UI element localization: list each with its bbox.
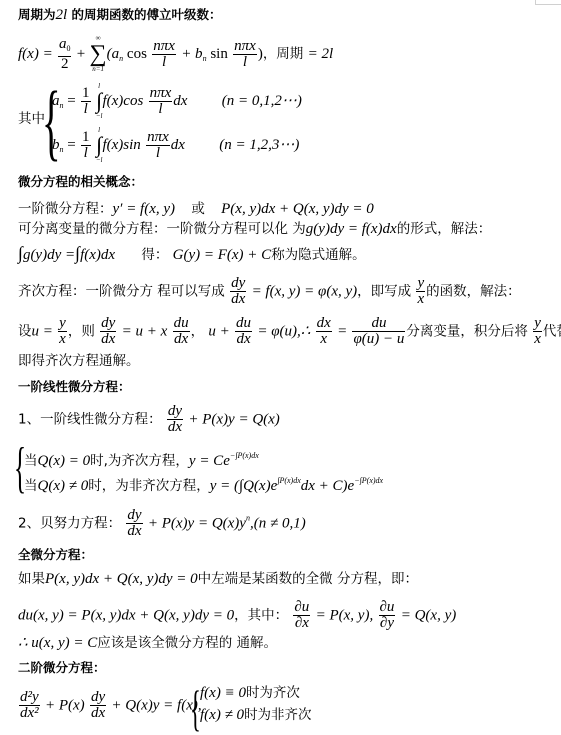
linear-case-homogeneous: 当Q(x) = 0时,为齐次方程，y = Ce−∫P(x)dx (24, 447, 259, 470)
frac-num: du (173, 316, 190, 332)
formula-text: y = Ce (189, 453, 230, 469)
formula-text: = u + x (122, 324, 168, 340)
formula-text: dx + C)e (301, 478, 354, 494)
frac-num: nπx (146, 130, 170, 146)
fourier-formula: f(x) = a02 + ∞∑n=1(an cos nπxl + bn sin … (18, 34, 333, 74)
formula-text: dx (173, 93, 187, 109)
frac-num: ∂u (293, 600, 310, 616)
formula-text: = Q(x, y) (401, 608, 457, 624)
frac-den: φ(u) − u (352, 332, 405, 347)
formula-text: = (337, 324, 347, 340)
frac-den: dx² (19, 706, 40, 721)
label-text: 的形式，解法： (397, 221, 492, 237)
heading-concepts: 微分方程的相关概念： (18, 173, 143, 191)
heading-linear: 一阶线性微分方程： (18, 378, 131, 396)
formula-text: = P(x, y), (316, 608, 374, 624)
formula-text: Q(x) = 0 (38, 453, 91, 469)
formula-text: b (52, 137, 60, 153)
label-text: 1、一阶线性微分方程： (18, 412, 162, 428)
formula-text: g(y)dy = (23, 247, 75, 263)
formula-text: G(y) = F(x) + C (173, 247, 272, 263)
heading-exact: 全微分方程： (18, 546, 93, 564)
frac-den: x (416, 292, 425, 307)
label-text: 时为非齐次 (244, 707, 312, 723)
frac-den: dx (100, 332, 116, 347)
formula-text: = (64, 93, 76, 109)
coefficient-b: bn = 1l l∫−lf(x)sin nπxldx (n = 1,2,3⋯) (52, 126, 299, 164)
separable-solution-line: ∫g(y)dy =∫f(x)dx 得： G(y) = F(x) + C称为隐式通… (18, 244, 366, 264)
frac-num: du (352, 316, 405, 332)
formula-text: = 2l (308, 46, 334, 62)
label-text: ，则 (68, 324, 95, 340)
frac-num: nπx (233, 39, 257, 55)
formula-text: y = (∫Q(x)e (210, 478, 278, 494)
second-order-case-1: f(x) ≡ 0时为齐次 (200, 684, 300, 702)
formula-text: u + (208, 324, 229, 340)
label-text: 中左端是某函数的全微 分方程，即： (198, 571, 418, 587)
summation-symbol: ∞∑n=1 (90, 34, 107, 74)
formula-text: (n = 0,1,2⋯) (222, 93, 302, 109)
fraction-npix-over-l: nπxl (146, 130, 170, 161)
fraction-y-x: yx (416, 276, 425, 307)
where-label: 其中 (18, 110, 45, 128)
fraction-y-x: yx (533, 316, 542, 347)
frac-den: dx (126, 524, 142, 539)
fraction-dy-dx: dydx (230, 276, 246, 307)
fraction-a0-over-2: a02 (58, 37, 72, 72)
formula-text: f(x) ≡ 0 (200, 685, 246, 701)
frac-den: l (149, 102, 173, 117)
frac-den: dx (235, 332, 252, 347)
formula-text: + (77, 46, 85, 62)
formula-text: f(x)dx (80, 247, 115, 263)
frac-num: 1 (81, 130, 91, 146)
exponent: −∫P(x)dx (230, 451, 259, 460)
frac-den: l (81, 102, 91, 117)
label-text: 设 (18, 324, 32, 340)
fraction-y-x: yx (58, 316, 67, 347)
frac-num: y (58, 316, 67, 332)
label-text: 或 (191, 201, 205, 217)
fraction-du-dx-partial: ∂u∂x (293, 600, 310, 631)
label-text: 称为隐式通解。 (271, 247, 366, 263)
label-text: 当 (24, 478, 38, 494)
fraction-dy-dx: dydx (100, 316, 116, 347)
exponent: −∫P(x)dx (354, 476, 383, 485)
fraction-du-dx: dudx (235, 316, 252, 347)
fraction-1-over-l: 1l (81, 130, 91, 161)
formula-text: + Q(x)y = f(x), (111, 698, 201, 714)
frac-den: l (233, 55, 257, 70)
substitution-line: 设u = yx，则 dydx = u + x dudx， u + dudx = … (18, 316, 561, 347)
formula-text: + P(x)y = Q(x) (188, 412, 279, 428)
formula-text: (a (107, 46, 120, 62)
label-text: 可分离变量的微分方程：一阶微分方程可以化 为 (18, 221, 306, 237)
frac-num: dy (100, 316, 116, 332)
heading-fourier: 周期为2l 的周期函数的傅立叶级数： (18, 6, 222, 24)
label-text: 分离变量，积分后将 (406, 324, 528, 340)
exact-line-1: 如果P(x, y)dx + Q(x, y)dy = 0中左端是某函数的全微 分方… (18, 570, 418, 588)
formula-text: f(x) ≠ 0 (200, 707, 244, 723)
fraction-dy-dx: dydx (126, 508, 142, 539)
fraction-du-dx: dudx (173, 316, 190, 347)
formula-text: dx (171, 137, 185, 153)
label-text: ， (191, 324, 205, 340)
frac-den: 2 (58, 57, 72, 72)
formula-text: + b (181, 46, 202, 62)
exact-line-3: ∴ u(x, y) = C应该是该全微分方程的 通解。 (18, 634, 277, 652)
formula-text: + P(x)y = Q(x)y (148, 516, 246, 532)
label-text: ，即写成 (357, 284, 411, 300)
formula-text: du(x, y) = P(x, y)dx + Q(x, y)dy = 0 (18, 608, 234, 624)
frac-num: du (235, 316, 252, 332)
formula-text: f(x)cos (102, 93, 143, 109)
label-text: 当 (24, 453, 38, 469)
separable-line: 可分离变量的微分方程：一阶微分方程可以化 为g(y)dy = f(x)dx的形式… (18, 220, 491, 238)
frac-den: ∂y (379, 616, 396, 631)
label-text: 齐次方程：一阶微分方 程可以写成 (18, 284, 225, 300)
fraction-d2y-dx2: d²ydx² (19, 690, 40, 721)
frac-den: x (533, 332, 542, 347)
fraction-npix-over-l: nπxl (152, 39, 176, 70)
formula-text: g(y)dy = f(x)dx (306, 221, 397, 237)
formula-text: ，周期 (263, 46, 304, 62)
label-text: 代替 (543, 324, 561, 340)
fraction-dy-dx: dydx (90, 690, 106, 721)
heading-second-order: 二阶微分方程： (18, 659, 106, 677)
fraction-1-over-l: 1l (81, 86, 91, 117)
formula-text: = φ(u),∴ (257, 324, 310, 340)
formula-text: a (52, 93, 60, 109)
formula-text: f(x) = (18, 46, 53, 62)
label-text: 时，为非齐次方程， (88, 478, 210, 494)
first-order-line: 一阶微分方程：y′ = f(x, y) 或 P(x, y)dx + Q(x, y… (18, 200, 374, 218)
formula-text: u = (32, 324, 53, 340)
exact-line-2: du(x, y) = P(x, y)dx + Q(x, y)dy = 0，其中：… (18, 600, 456, 631)
exponent: ∫P(x)dx (277, 476, 301, 485)
formula-text: P(x, y)dx + Q(x, y)dy = 0 (221, 201, 374, 217)
label-text: 的函数，解法： (426, 284, 521, 300)
formula-text: Q(x) ≠ 0 (38, 478, 89, 494)
frac-den: ∂x (293, 616, 310, 631)
formula-text: cos (123, 46, 147, 62)
int-lower: −l (96, 156, 103, 164)
frac-num: dy (126, 508, 142, 524)
homogeneous-final: 即得齐次方程通解。 (18, 352, 140, 370)
fraction-du-over-phi: duφ(u) − u (352, 316, 405, 347)
linear-item-2: 2、贝努力方程： dydx + P(x)y = Q(x)yn,(n ≠ 0,1) (18, 508, 306, 539)
formula-text: = f(x, y) = φ(x, y) (252, 284, 358, 300)
frac-den: l (146, 146, 170, 161)
frac-num: nπx (152, 39, 176, 55)
formula-text: P(x, y)dx + Q(x, y)dy = 0 (45, 571, 198, 587)
frac-den: dx (90, 706, 106, 721)
formula-text: + P(x) (45, 698, 85, 714)
frac-num: dx (316, 316, 332, 332)
label-text: 2、贝努力方程： (18, 516, 121, 532)
frac-den: x (58, 332, 67, 347)
frac-num: nπx (149, 86, 173, 102)
frac-num: 1 (81, 86, 91, 102)
linear-item-1: 1、一阶线性微分方程： dydx + P(x)y = Q(x) (18, 404, 280, 435)
frac-den: x (316, 332, 332, 347)
int-lower: −l (96, 112, 103, 120)
frac-den: l (81, 146, 91, 161)
homogeneous-line: 齐次方程：一阶微分方 程可以写成 dydx = f(x, y) = φ(x, y… (18, 276, 521, 307)
fraction-du-dy-partial: ∂u∂y (379, 600, 396, 631)
label-text: 时为齐次 (246, 685, 300, 701)
frac-num: ∂u (379, 600, 396, 616)
frac-den: dx (230, 292, 246, 307)
label-text: 时,为齐次方程， (90, 453, 189, 469)
formula-text: ∴ u(x, y) = C (18, 635, 97, 651)
sum-sigma: ∑ (90, 43, 107, 65)
frac-num: dy (167, 404, 183, 420)
formula-text: (n = 1,2,3⋯) (219, 137, 299, 153)
fraction-dy-dx: dydx (167, 404, 183, 435)
formula-text: f(x)sin (102, 137, 140, 153)
heading-var: 2l (56, 7, 68, 23)
where-text: 其中 (18, 111, 45, 127)
frac-num: dy (230, 276, 246, 292)
label-text: 一阶微分方程： (18, 201, 113, 217)
formula-text: ,(n ≠ 0,1) (250, 516, 306, 532)
corner-box (535, 0, 561, 5)
coefficient-a: an = 1l l∫−lf(x)cos nπxldx (n = 0,1,2⋯) (52, 82, 302, 120)
fraction-dx-x: dxx (316, 316, 332, 347)
label-text: 如果 (18, 571, 45, 587)
label-text: 得： (141, 247, 168, 263)
frac-den: l (152, 55, 176, 70)
label-text: 应该是该全微分方程的 通解。 (97, 635, 277, 651)
heading-text: 的周期函数的傅立叶级数： (67, 7, 221, 22)
fraction-npix-over-l: nπxl (233, 39, 257, 70)
frac-num: y (533, 316, 542, 332)
subscript: 0 (66, 44, 70, 53)
formula-text: sin (207, 46, 228, 62)
frac-num: dy (90, 690, 106, 706)
formula-text: = (64, 137, 76, 153)
second-order-case-2: f(x) ≠ 0时为非齐次 (200, 706, 312, 724)
formula-text: y′ = f(x, y) (113, 201, 176, 217)
frac-den: dx (173, 332, 190, 347)
linear-case-nonhomogeneous: 当Q(x) ≠ 0时，为非齐次方程，y = (∫Q(x)e∫P(x)dxdx +… (24, 472, 383, 495)
fraction-npix-over-l: nπxl (149, 86, 173, 117)
frac-num: y (416, 276, 425, 292)
label-text: ，其中： (234, 608, 288, 624)
second-order-formula: d²ydx² + P(x) dydx + Q(x)y = f(x), (18, 690, 202, 721)
heading-text: 周期为 (18, 7, 56, 22)
frac-den: dx (167, 420, 183, 435)
frac-num: d²y (19, 690, 40, 706)
